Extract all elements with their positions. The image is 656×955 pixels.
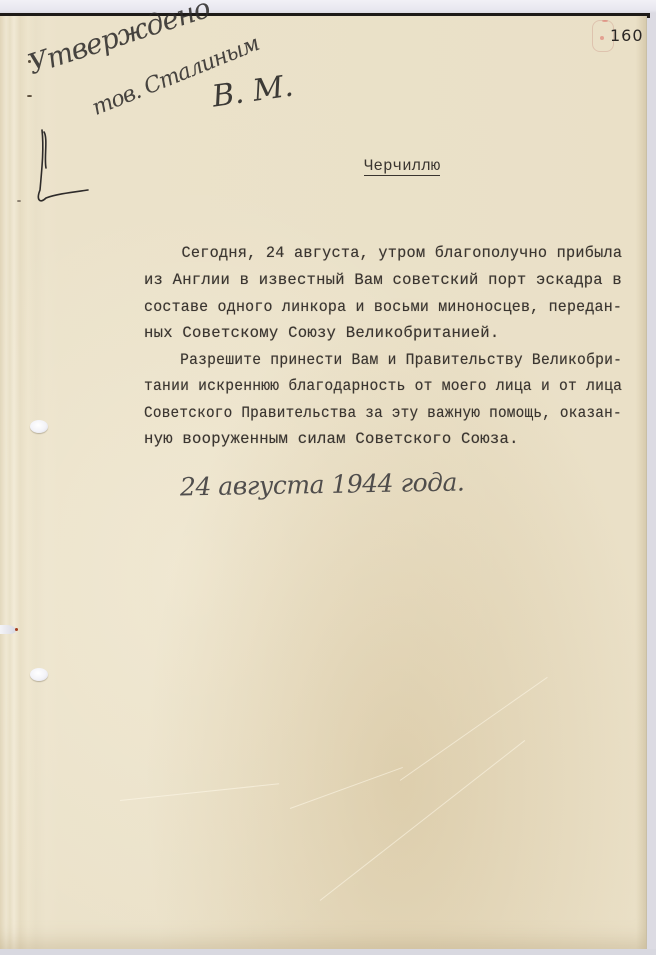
punch-hole-upper: [30, 420, 48, 433]
scanner-bottom-edge: [0, 949, 656, 955]
body-line: из Англии в известный Вам советский порт…: [144, 271, 622, 289]
body-line: составе одного линкора и восьми миноносц…: [144, 298, 622, 316]
body-line: тании искреннюю благодарность от моего л…: [144, 377, 622, 395]
body-line: ную вооруженным силам Советского Союза.: [144, 430, 519, 448]
stamp-dot: [600, 36, 604, 40]
red-speck: [15, 628, 18, 631]
letter-body: Сегодня, 24 августа, утром благополучно …: [0, 0, 38, 180]
speck: [17, 200, 21, 202]
body-line: Советского Правительства за эту важную п…: [144, 404, 622, 422]
paper-tear: [0, 625, 16, 634]
handwritten-date: 24 августа 1944 года.: [180, 468, 465, 502]
page-number: 160: [610, 26, 644, 45]
body-line: Разрешите принести Вам и Правительству В…: [144, 351, 622, 369]
addressee-heading: Черчиллю: [364, 158, 440, 176]
body-line: Сегодня, 24 августа, утром благополучно …: [144, 244, 622, 262]
body-line: ных Советскому Союзу Великобританией.: [144, 324, 500, 342]
punch-hole-lower: [30, 668, 48, 681]
handwritten-margin-mark-icon: [34, 128, 94, 208]
stamp-dot: [602, 20, 608, 22]
scanned-document: 160 Утверждено тов. Сталиным В. М. Черчи…: [0, 0, 656, 955]
